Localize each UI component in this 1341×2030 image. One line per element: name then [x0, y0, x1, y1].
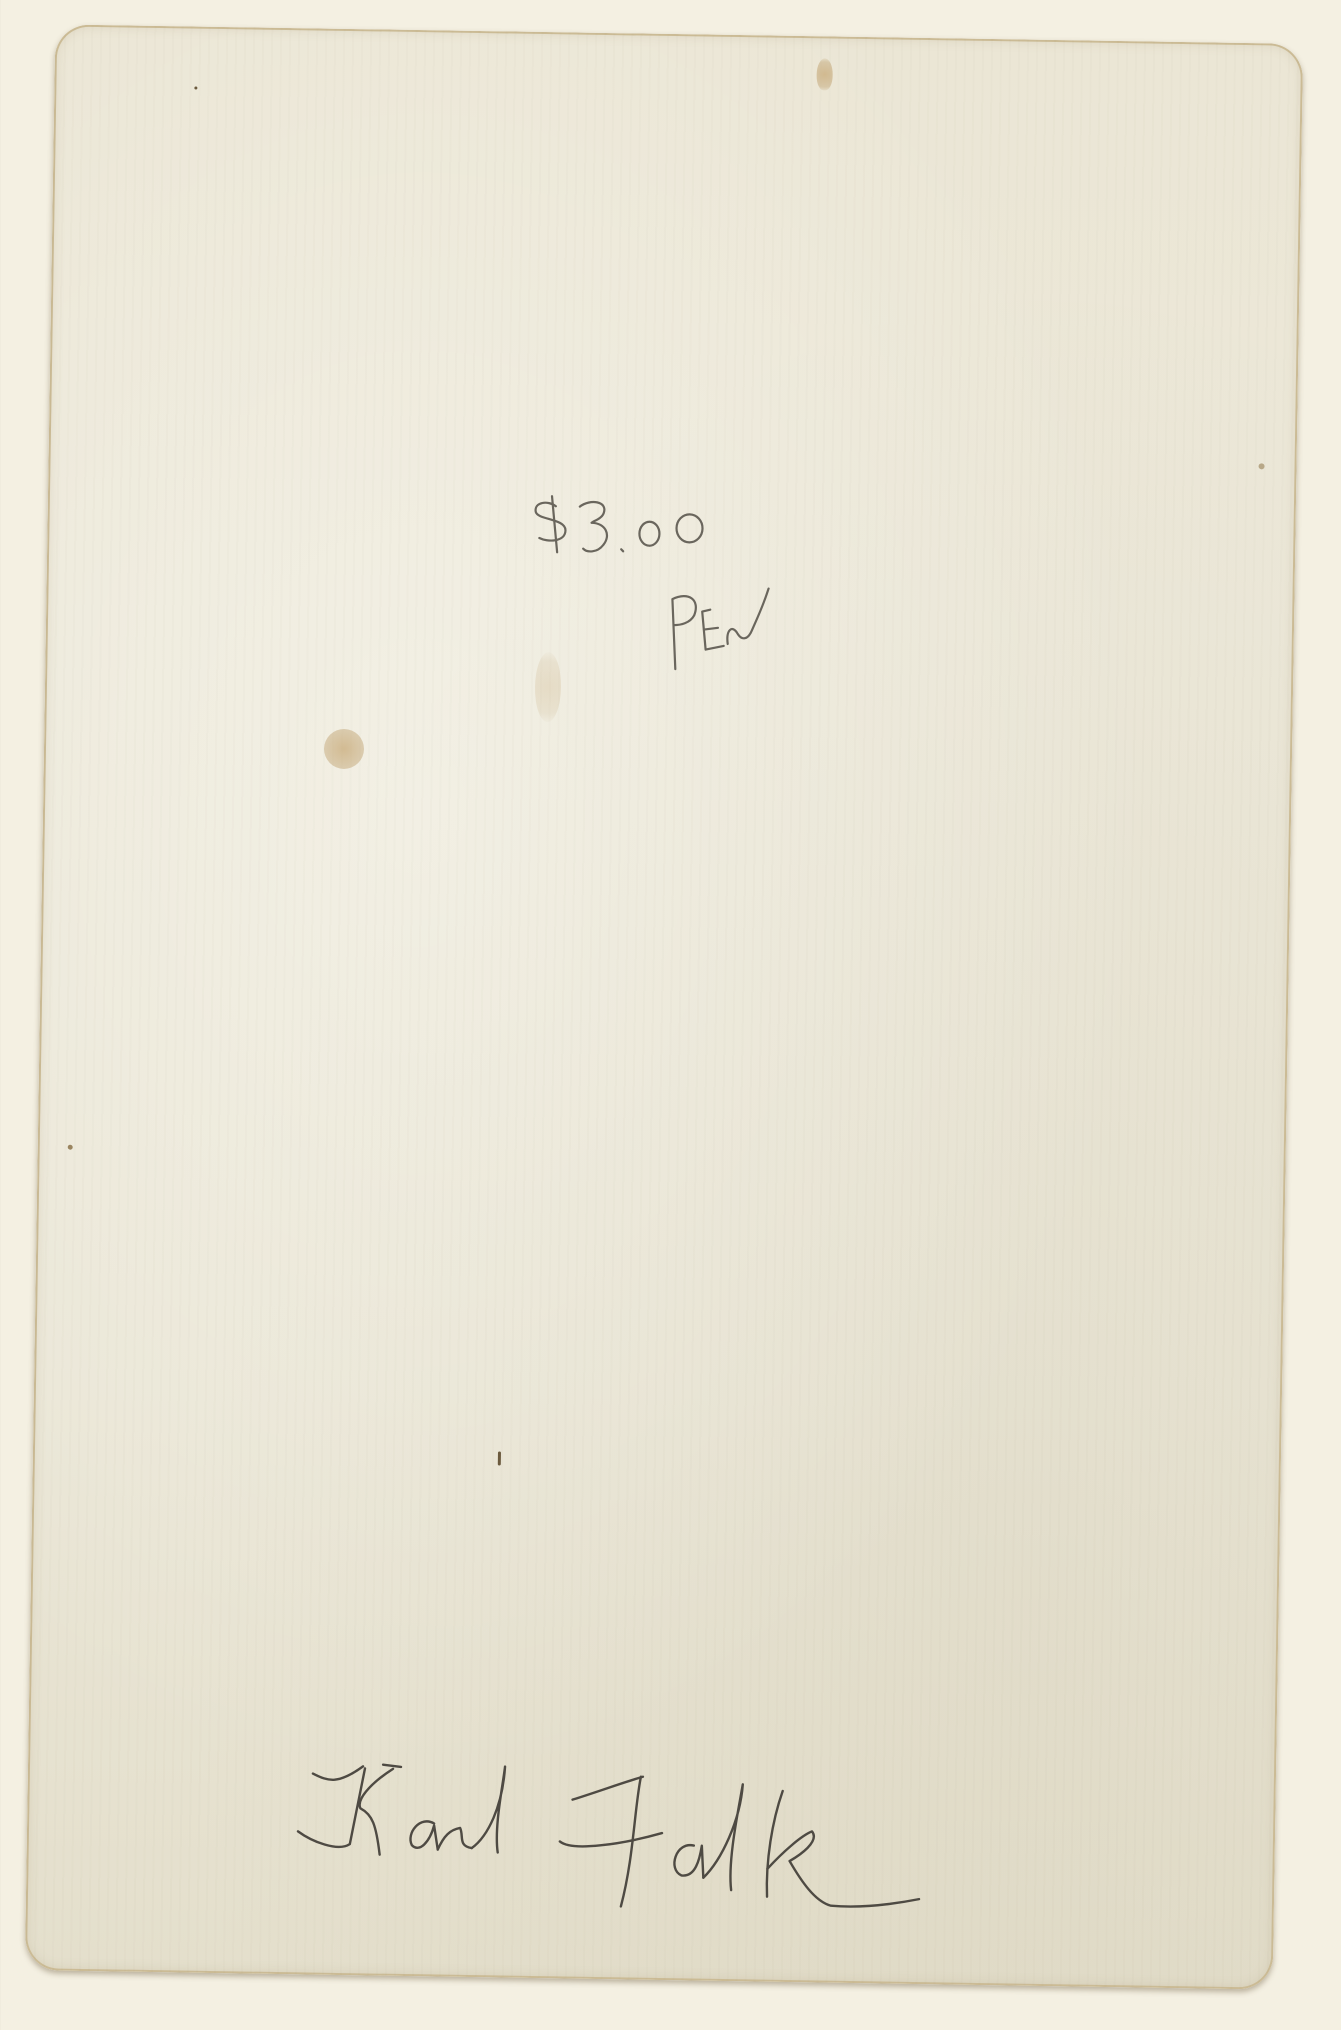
stain-top [816, 58, 833, 90]
speck-dot-2 [1259, 463, 1265, 469]
price-annotation: $3.00 [527, 482, 788, 576]
stain-left [324, 729, 365, 770]
pen-handwriting-icon [665, 579, 807, 681]
name-signature: Karl Falk [271, 1743, 994, 1924]
cabinet-card-back: $3.00 PEN [25, 24, 1303, 1989]
pen-annotation: PEN [665, 579, 807, 681]
speck-mark [498, 1451, 501, 1465]
speck-dot-3 [68, 1145, 73, 1150]
stain-faint [534, 652, 561, 722]
signature-handwriting-icon [271, 1743, 994, 1924]
price-handwriting-icon [527, 482, 788, 576]
speck-dot-1 [194, 87, 197, 90]
